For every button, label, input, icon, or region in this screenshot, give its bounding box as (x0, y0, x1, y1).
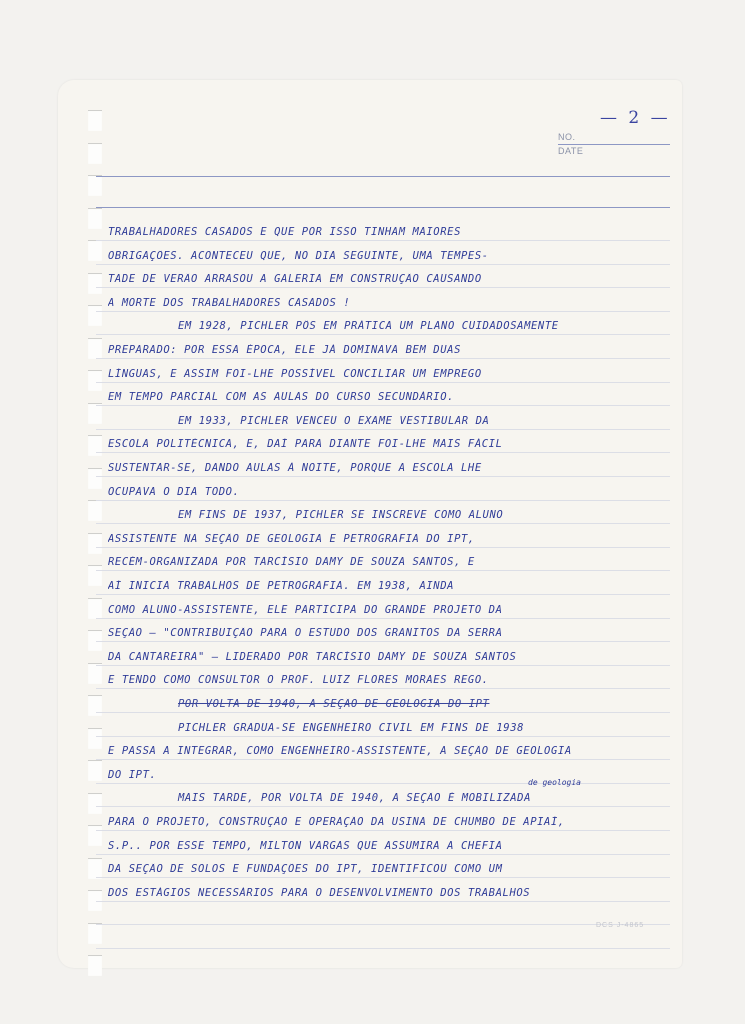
binder-hole (88, 208, 102, 229)
manuscript-line: tade de verão arrasou a galeria em const… (108, 273, 678, 285)
binder-hole (88, 500, 102, 521)
ruled-line (96, 736, 670, 737)
manuscript-line: preparado: por essa época, ele já domina… (108, 344, 678, 356)
ruled-line (96, 429, 670, 430)
manuscript-line: Mais tarde, por volta de 1940, a Seção é… (108, 792, 745, 804)
manuscript-line: em tempo parcial com as aulas do curso s… (108, 391, 678, 403)
binder-hole (88, 825, 102, 846)
page-number: — 2 — (600, 108, 671, 128)
ruled-line (96, 830, 670, 831)
binder-hole (88, 533, 102, 554)
ruled-line (96, 500, 670, 501)
no-label: NO. (558, 132, 576, 142)
manuscript-line: da Seção de Solos e Fundações do IPT, id… (108, 863, 678, 875)
manuscript-line: línguas, e assim foi-lhe possível concil… (108, 368, 678, 380)
ruled-line (96, 287, 670, 288)
manuscript-line: a morte dos trabalhadores casados ! (108, 297, 678, 309)
handwritten-insertion: de geologia (528, 778, 581, 787)
ruled-line (96, 570, 670, 571)
binder-hole (88, 240, 102, 261)
ruled-line (96, 688, 670, 689)
manuscript-line: recém-organizada por Tarcísio Damy de So… (108, 556, 678, 568)
ruled-line (96, 547, 670, 548)
ruled-line (96, 712, 670, 713)
manuscript-line: Em fins de 1937, Pichler se inscreve com… (108, 509, 745, 521)
manuscript-line: sustentar-se, dando aulas à noite, porqu… (108, 462, 678, 474)
ruled-line (96, 382, 670, 383)
manuscript-line: ocupava o dia todo. (108, 486, 678, 498)
binder-hole (88, 923, 102, 944)
header-rule-top (96, 176, 670, 177)
binder-hole (88, 175, 102, 196)
ruled-line (96, 759, 670, 760)
binder-hole (88, 338, 102, 359)
ruled-line (96, 358, 670, 359)
date-label: DATE (558, 146, 583, 156)
manuscript-line: dos estágios necessários para o desenvol… (108, 887, 678, 899)
manuscript-line: Por volta de 1940, a Seção de Geologia d… (108, 698, 745, 710)
manuscript-line: Em 1928, Pichler pôs em prática um plano… (108, 320, 745, 332)
manuscript-line: para o projeto, construção e operação da… (108, 816, 678, 828)
binder-hole (88, 858, 102, 879)
ruled-line (96, 240, 670, 241)
manuscript-line: assistente na Seção de Geologia e Petrog… (108, 533, 678, 545)
binder-hole (88, 955, 102, 976)
ruled-line (96, 311, 670, 312)
binder-hole (88, 370, 102, 391)
ruled-line (96, 523, 670, 524)
footer-code: DCS J-4865 (596, 922, 644, 929)
manuscript-line: da Cantareira" — liderado por Tarcísio D… (108, 651, 678, 663)
ruled-line (96, 877, 670, 878)
binder-hole (88, 110, 102, 131)
meta-divider (558, 144, 670, 145)
ruled-line (96, 901, 670, 902)
manuscript-line: aí inicia trabalhos de petrografia. Em 1… (108, 580, 678, 592)
ruled-line (96, 783, 670, 784)
manuscript-line: como aluno-assistente, ele participa do … (108, 604, 678, 616)
manuscript-line: e tendo como consultor o Prof. Luiz Flor… (108, 674, 678, 686)
ruled-line (96, 806, 670, 807)
binder-hole (88, 793, 102, 814)
ruled-line (96, 924, 670, 925)
manuscript-line: Pichler gradua-se engenheiro civil em fi… (108, 722, 745, 734)
manuscript-line: obrigações. Aconteceu que, no dia seguin… (108, 250, 678, 262)
ruled-line (96, 948, 670, 949)
manuscript-line: S.P.. Por esse tempo, Milton Vargas que … (108, 840, 678, 852)
binder-hole (88, 305, 102, 326)
notebook-sheet: — 2 — NO. DATE trabalhadores casados e q… (58, 80, 682, 968)
binder-hole (88, 760, 102, 781)
manuscript-line: seção — "Contribuição para o estudo dos … (108, 627, 678, 639)
ruled-line (96, 452, 670, 453)
ruled-line (96, 264, 670, 265)
ruled-line (96, 594, 670, 595)
ruled-line (96, 476, 670, 477)
binder-hole (88, 728, 102, 749)
ruled-line (96, 854, 670, 855)
manuscript-line: Escola Politécnica, e, daí para diante f… (108, 438, 678, 450)
manuscript-line: trabalhadores casados e que por isso tin… (108, 226, 678, 238)
ruled-line (96, 665, 670, 666)
manuscript-line: e passa a integrar, como engenheiro-assi… (108, 745, 678, 757)
manuscript-line: Em 1933, Pichler venceu o exame vestibul… (108, 415, 745, 427)
ruled-line (96, 334, 670, 335)
binder-hole (88, 273, 102, 294)
ruled-line (96, 641, 670, 642)
ruled-line (96, 618, 670, 619)
binder-hole (88, 468, 102, 489)
binder-hole (88, 143, 102, 164)
binder-hole (88, 598, 102, 619)
ruled-line (96, 405, 670, 406)
header-rule-bottom (96, 207, 670, 208)
binder-hole (88, 565, 102, 586)
manuscript-line: do IPT. (108, 769, 678, 781)
